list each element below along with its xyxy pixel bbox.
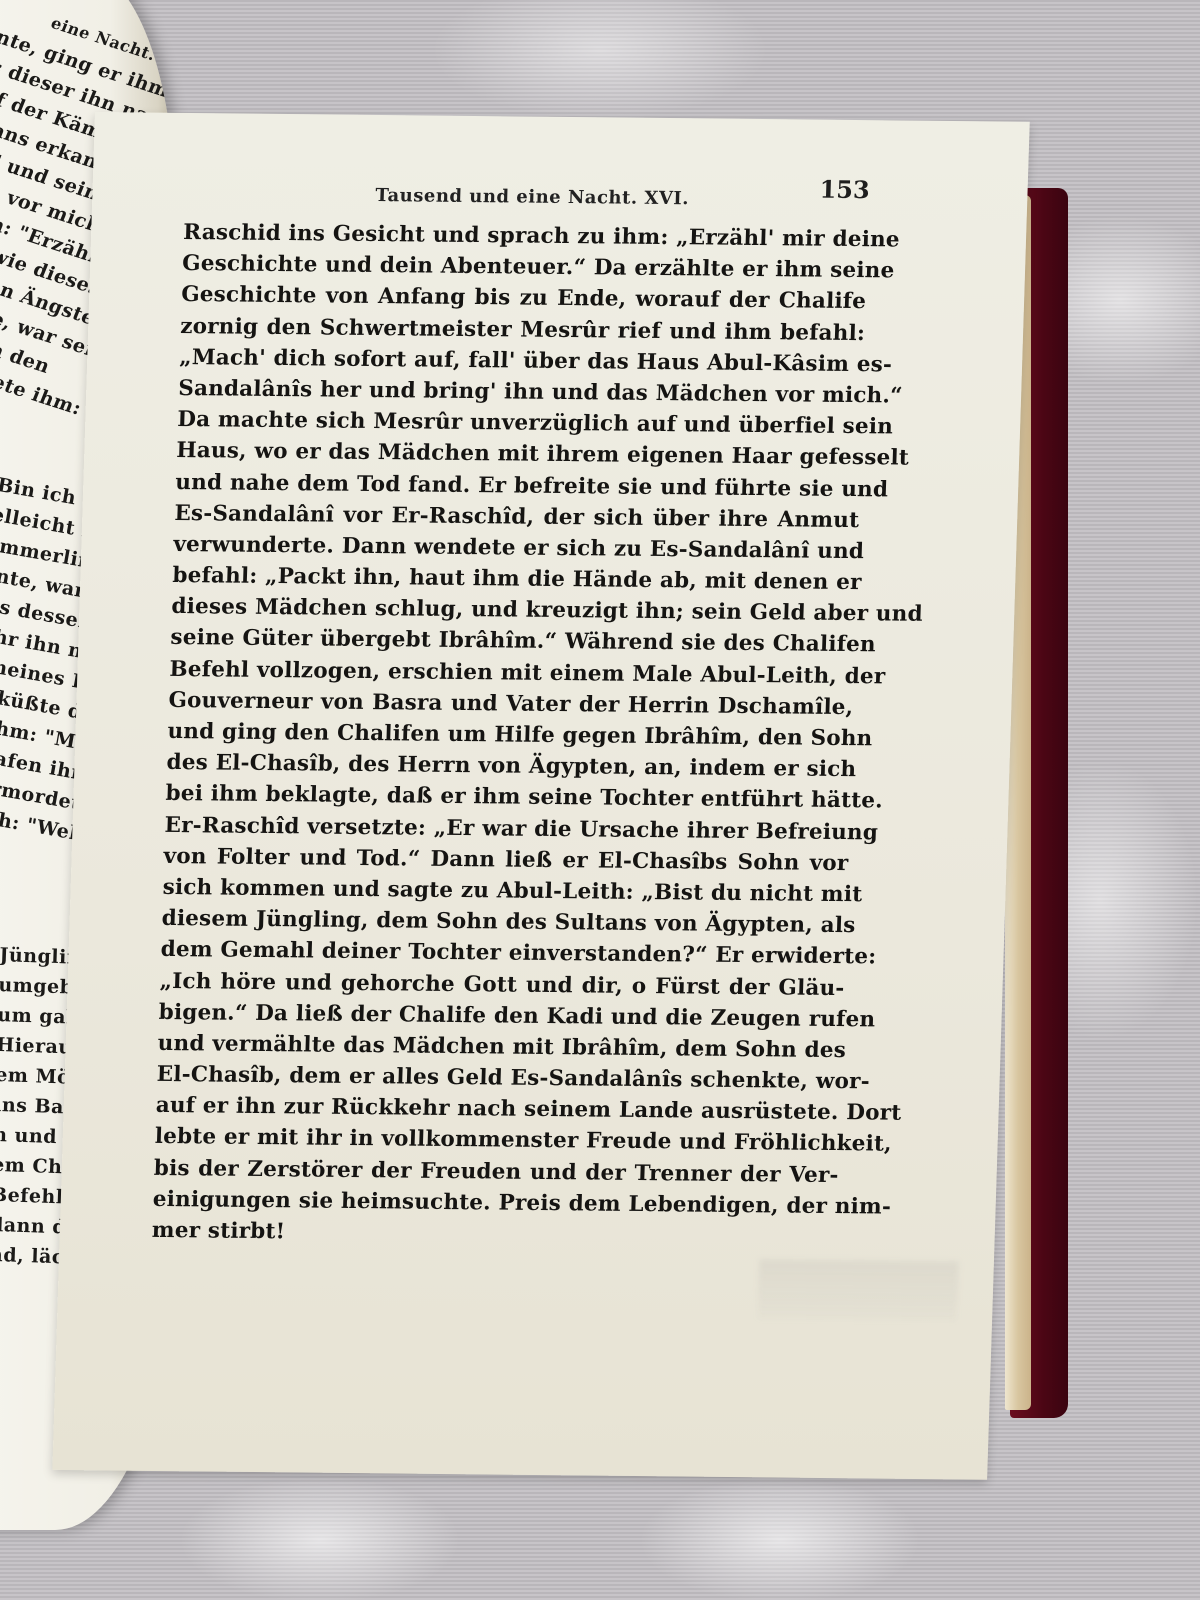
page-number: 153 <box>819 175 870 205</box>
right-page: Tausend und eine Nacht. XVI. 153 Raschid… <box>52 112 1029 1480</box>
body-text: Raschid ins Gesicht und sprach zu ihm: „… <box>151 217 868 1253</box>
show-through-text <box>757 1259 959 1321</box>
running-head: Tausend und eine Nacht. XVI. <box>375 185 689 209</box>
